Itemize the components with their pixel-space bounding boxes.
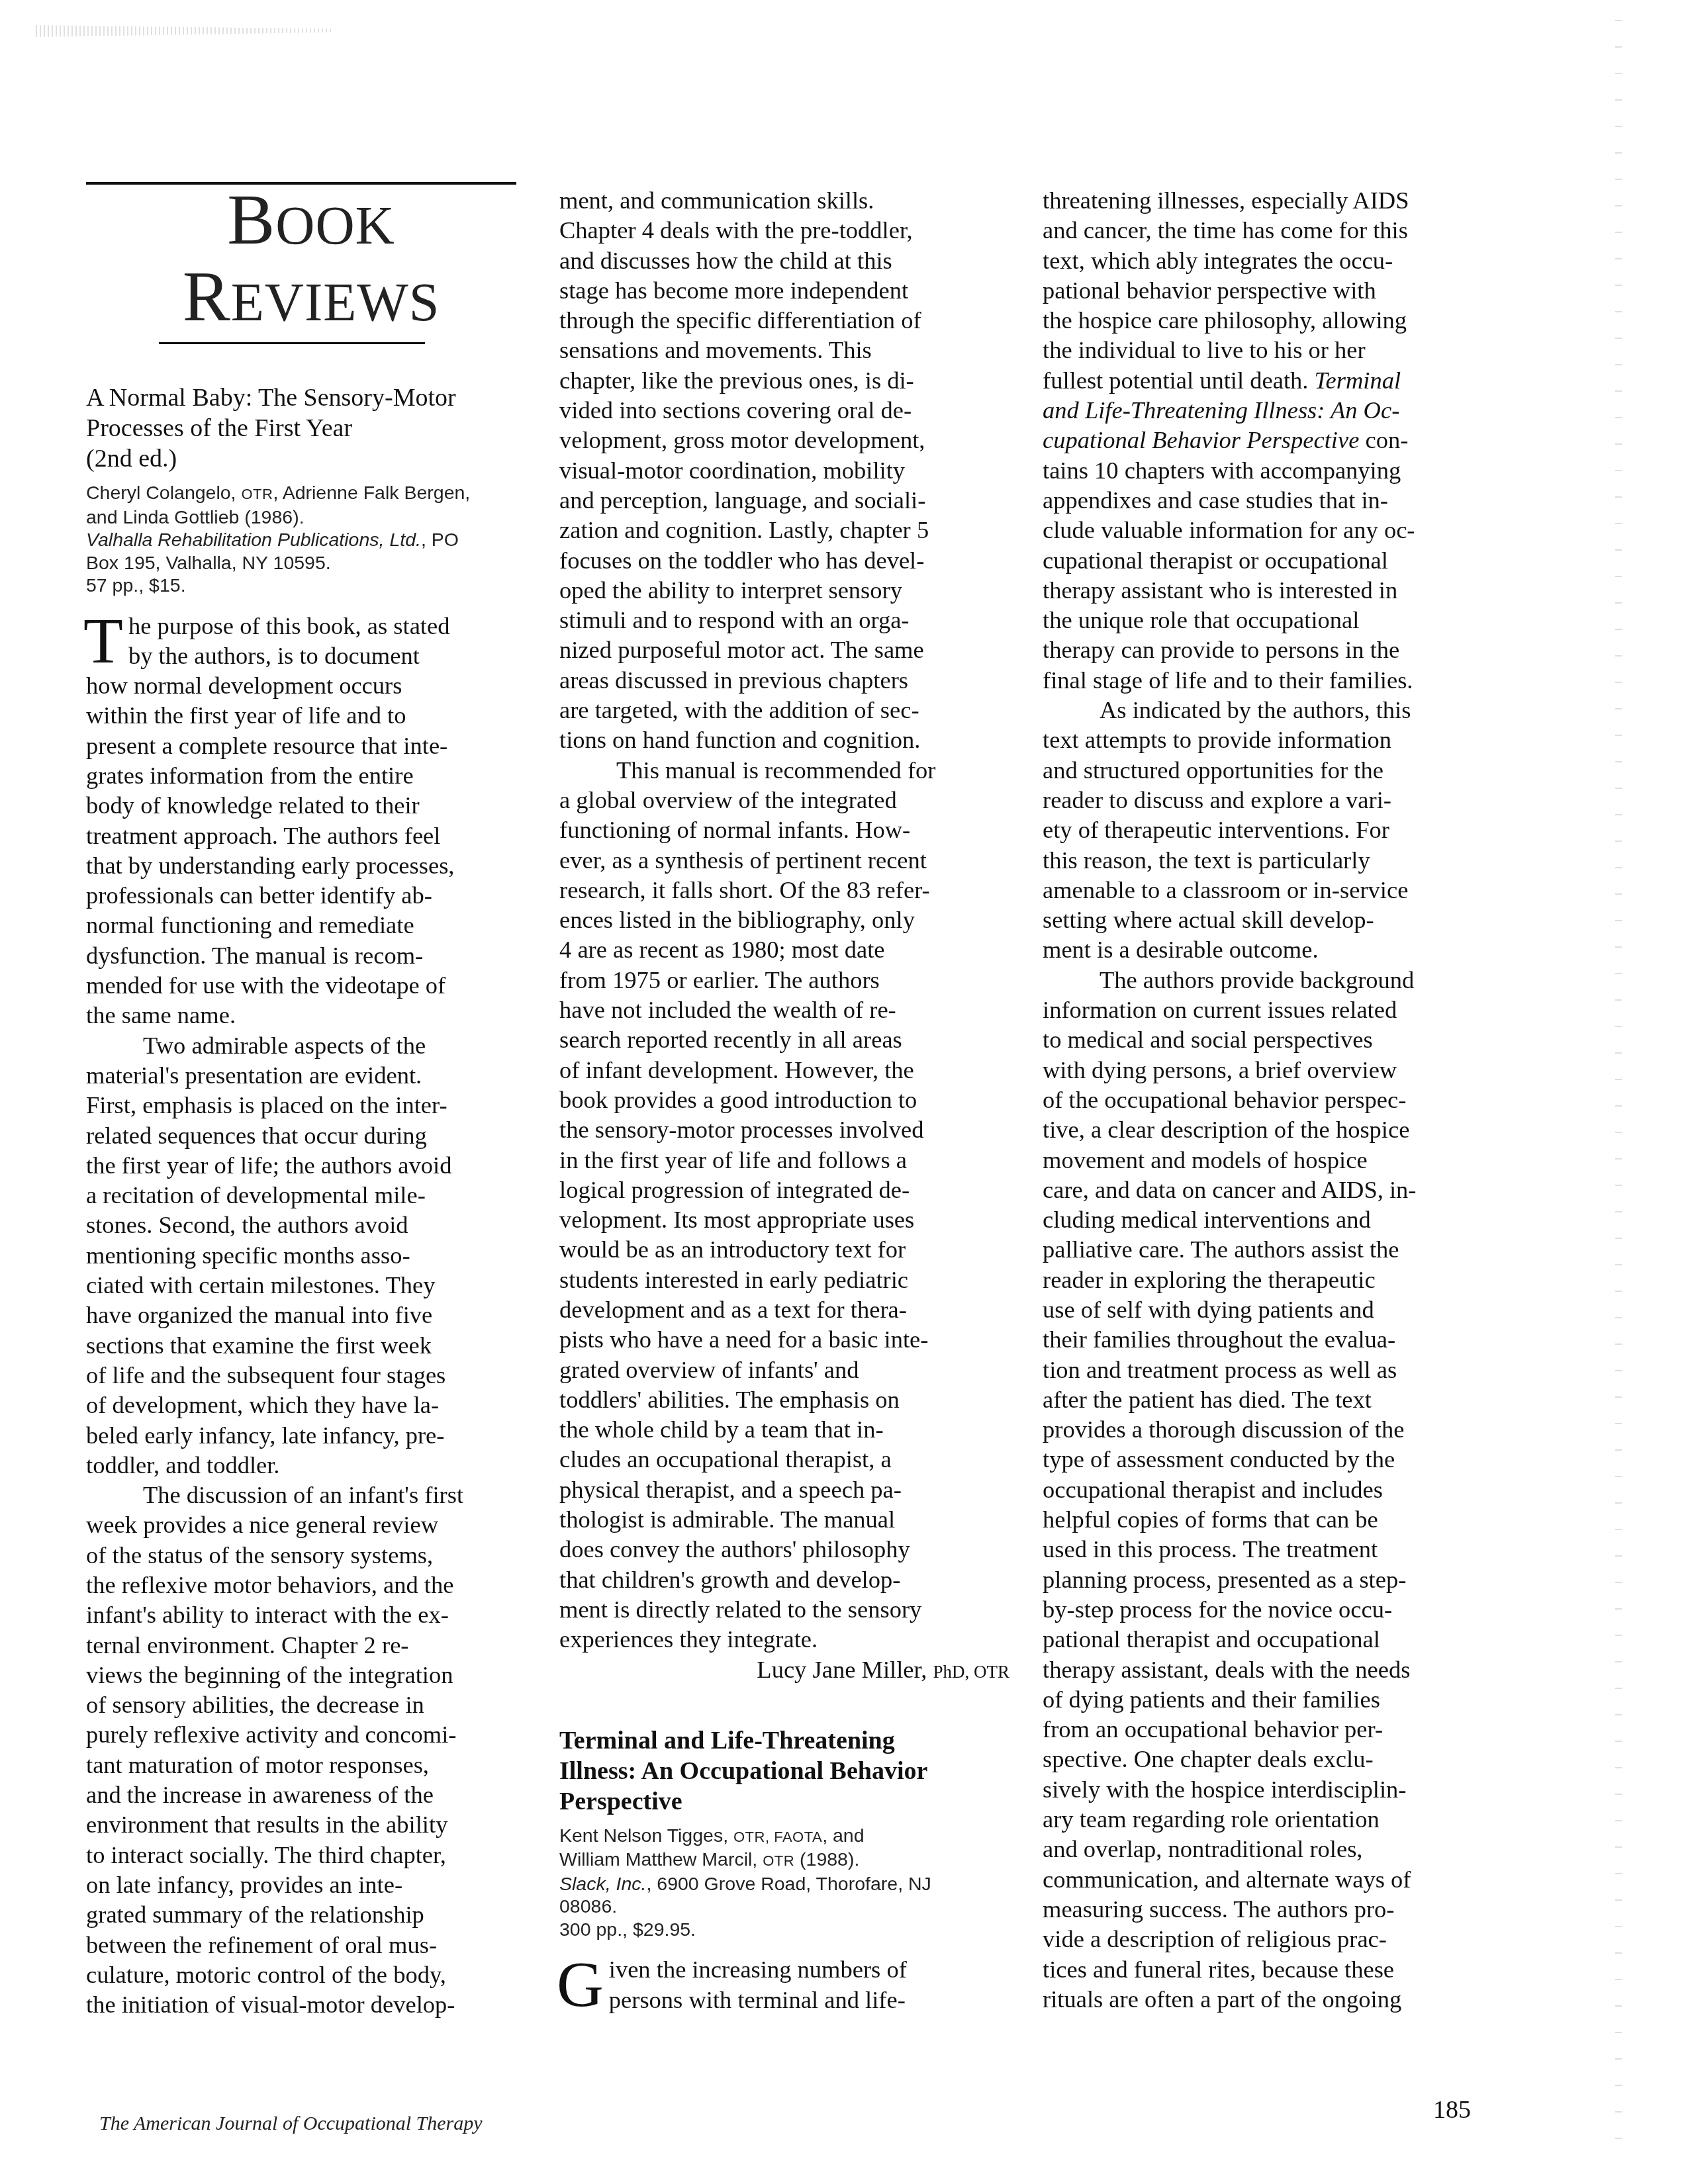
review2-publisher: Slack, Inc., 6900 Grove Road, Thorofare,… [559,1873,1009,1896]
journal-name-footer: The American Journal of Occupational The… [99,2113,483,2135]
review1-citation: Cheryl Colangelo, OTR, Adrienne Falk Ber… [86,482,536,598]
masthead-bottom-rule [159,342,425,344]
review2-price: 300 pp., $29.95. [559,1919,1009,1942]
scan-edge-artifact [1615,20,1622,2164]
review1-body-col2: ment, and communication skills. Chapter … [559,185,1009,1655]
dropcap-g: G [557,1958,604,2011]
review2-title: Terminal and Life-Threatening Illness: A… [559,1725,1009,1817]
column-1: BOOK REVIEWS A Normal Baby: The Sensory-… [86,182,536,2019]
review2-body-col2: G iven the increasing numbers of persons… [559,1954,1009,2015]
review1-title: A Normal Baby: The Sensory-Motor Process… [86,383,536,474]
review2-citation: Kent Nelson Tigges, OTR, FAOTA, and Will… [559,1825,1009,1942]
page-number: 185 [1433,2095,1471,2124]
dropcap-t: T [83,615,123,668]
review1-authors: Cheryl Colangelo, OTR, Adrienne Falk Ber… [86,482,536,506]
column-2: ment, and communication skills. Chapter … [559,185,1009,2015]
masthead-line-reviews: REVIEWS [86,261,536,338]
masthead-line-book: BOOK [86,185,536,261]
section-masthead: BOOK REVIEWS [86,185,536,338]
scan-artifact [36,25,334,37]
review2-authors: Kent Nelson Tigges, OTR, FAOTA, and [559,1825,1009,1849]
reviewer-signature: Lucy Jane Miller, PhD, OTR [559,1655,1009,1687]
review2-body-col3: threatening illnesses, especially AIDS a… [1043,185,1499,2014]
review1-publisher: Valhalla Rehabilitation Publications, Lt… [86,529,536,552]
review1-body-col1: T he purpose of this book, as stated by … [86,611,536,2020]
review1-price: 57 pp., $15. [86,574,536,598]
column-3: threatening illnesses, especially AIDS a… [1043,185,1499,2014]
